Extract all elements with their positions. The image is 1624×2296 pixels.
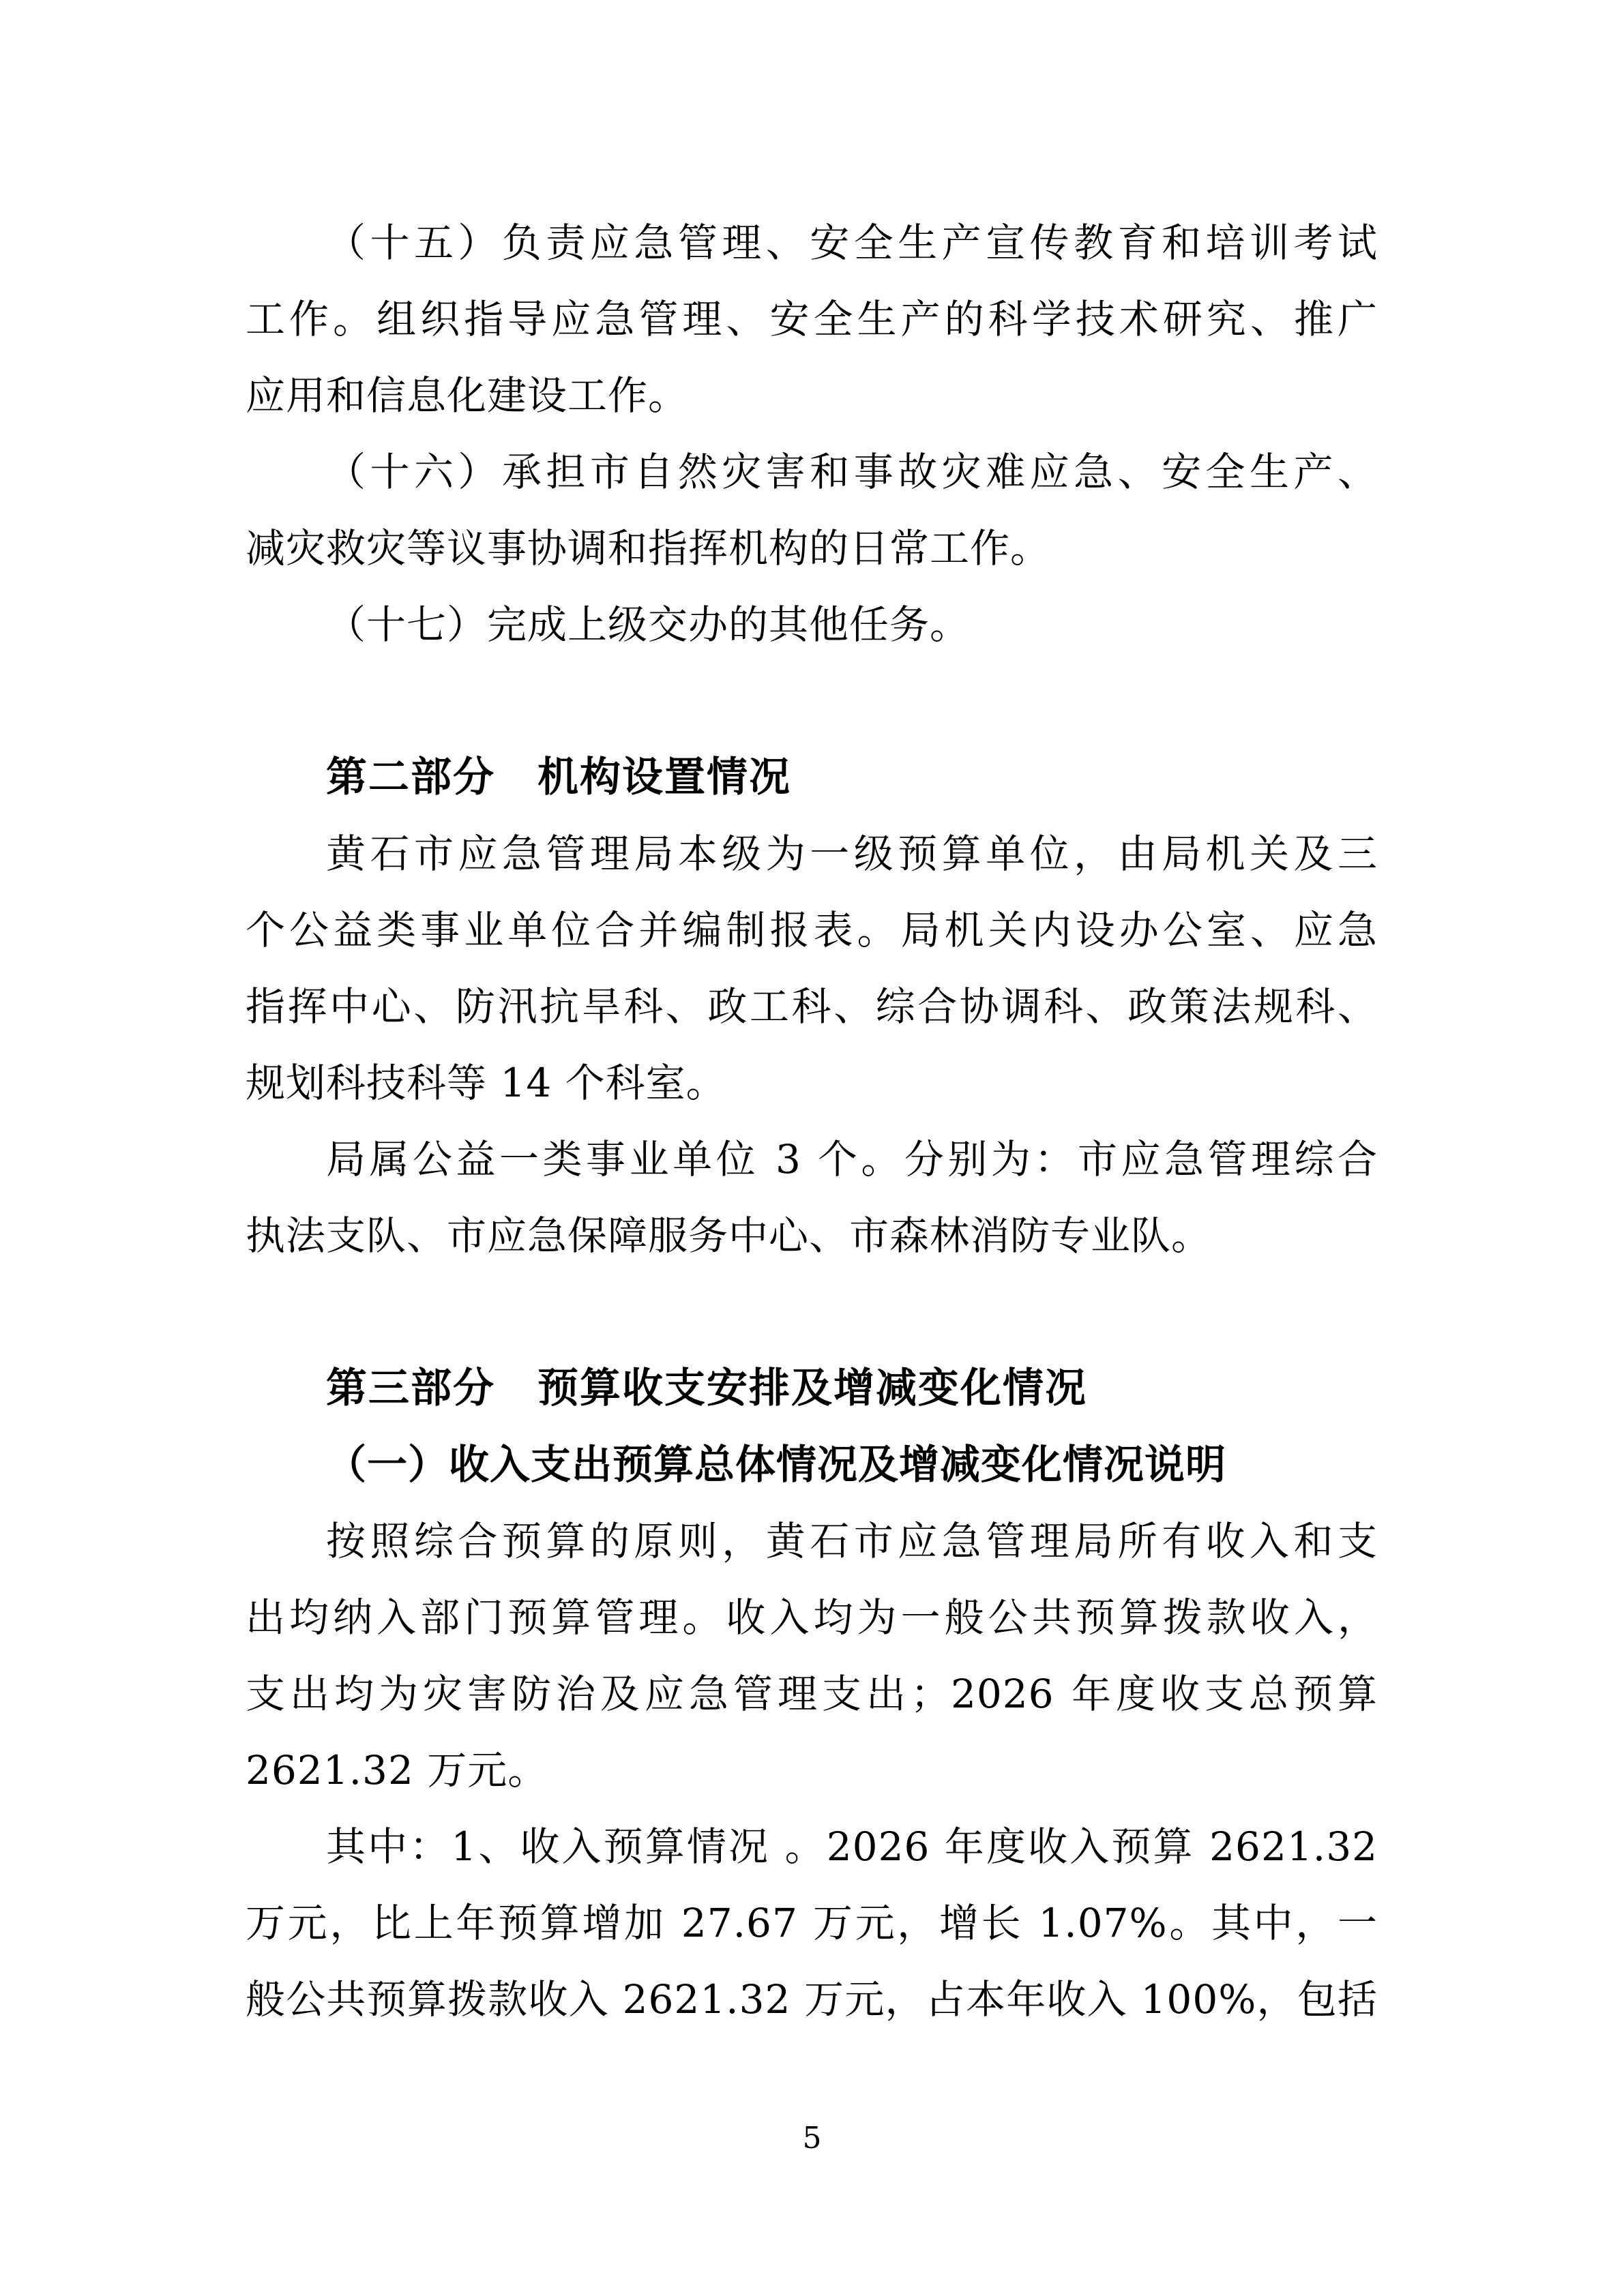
section-heading-part3: 第三部分 预算收支安排及增减变化情况 (246, 1350, 1378, 1427)
paragraph-line: 其中：1、收入预算情况 。2026 年度收入预算 2621.32 (246, 1808, 1378, 1885)
paragraph-line: 2621.32 万元。 (246, 1732, 1378, 1808)
paragraph-line: 般公共预算拨款收入 2621.32 万元，占本年收入 100%，包括 (246, 1961, 1378, 2038)
paragraph-line: 规划科技科等 14 个科室。 (246, 1045, 1378, 1121)
blank-line (246, 663, 1378, 739)
paragraph-line: 局属公益一类事业单位 3 个。分别为：市应急管理综合 (246, 1121, 1378, 1197)
paragraph-line: （十五）负责应急管理、安全生产宣传教育和培训考试 (246, 205, 1378, 281)
paragraph-line: 应用和信息化建设工作。 (246, 357, 1378, 434)
paragraph-line: （十六）承担市自然灾害和事故灾难应急、安全生产、 (246, 434, 1378, 510)
page-number: 5 (0, 2118, 1624, 2159)
paragraph-line: 指挥中心、防汛抗旱科、政工科、综合协调科、政策法规科、 (246, 968, 1378, 1045)
paragraph-line: 黄石市应急管理局本级为一级预算单位，由局机关及三 (246, 816, 1378, 892)
subsection-heading: （一）收入支出预算总体情况及增减变化情况说明 (246, 1427, 1378, 1503)
paragraph-line: 执法支队、市应急保障服务中心、市森林消防专业队。 (246, 1197, 1378, 1274)
paragraph-line: 工作。组织指导应急管理、安全生产的科学技术研究、推广 (246, 281, 1378, 357)
blank-line (246, 1274, 1378, 1350)
section-heading-part2: 第二部分 机构设置情况 (246, 739, 1378, 816)
text-block: （十五）负责应急管理、安全生产宣传教育和培训考试 工作。组织指导应急管理、安全生… (246, 205, 1378, 2038)
document-page: （十五）负责应急管理、安全生产宣传教育和培训考试 工作。组织指导应急管理、安全生… (0, 0, 1624, 2296)
paragraph-line: 个公益类事业单位合并编制报表。局机关内设办公室、应急 (246, 892, 1378, 968)
paragraph-line: 出均纳入部门预算管理。收入均为一般公共预算拨款收入， (246, 1579, 1378, 1656)
paragraph-line: 按照综合预算的原则，黄石市应急管理局所有收入和支 (246, 1503, 1378, 1579)
paragraph-line: 减灾救灾等议事协调和指挥机构的日常工作。 (246, 510, 1378, 586)
paragraph-line: 万元，比上年预算增加 27.67 万元，增长 1.07%。其中，一 (246, 1885, 1378, 1961)
paragraph-line: （十七）完成上级交办的其他任务。 (246, 586, 1378, 663)
paragraph-line: 支出均为灾害防治及应急管理支出；2026 年度收支总预算 (246, 1656, 1378, 1732)
